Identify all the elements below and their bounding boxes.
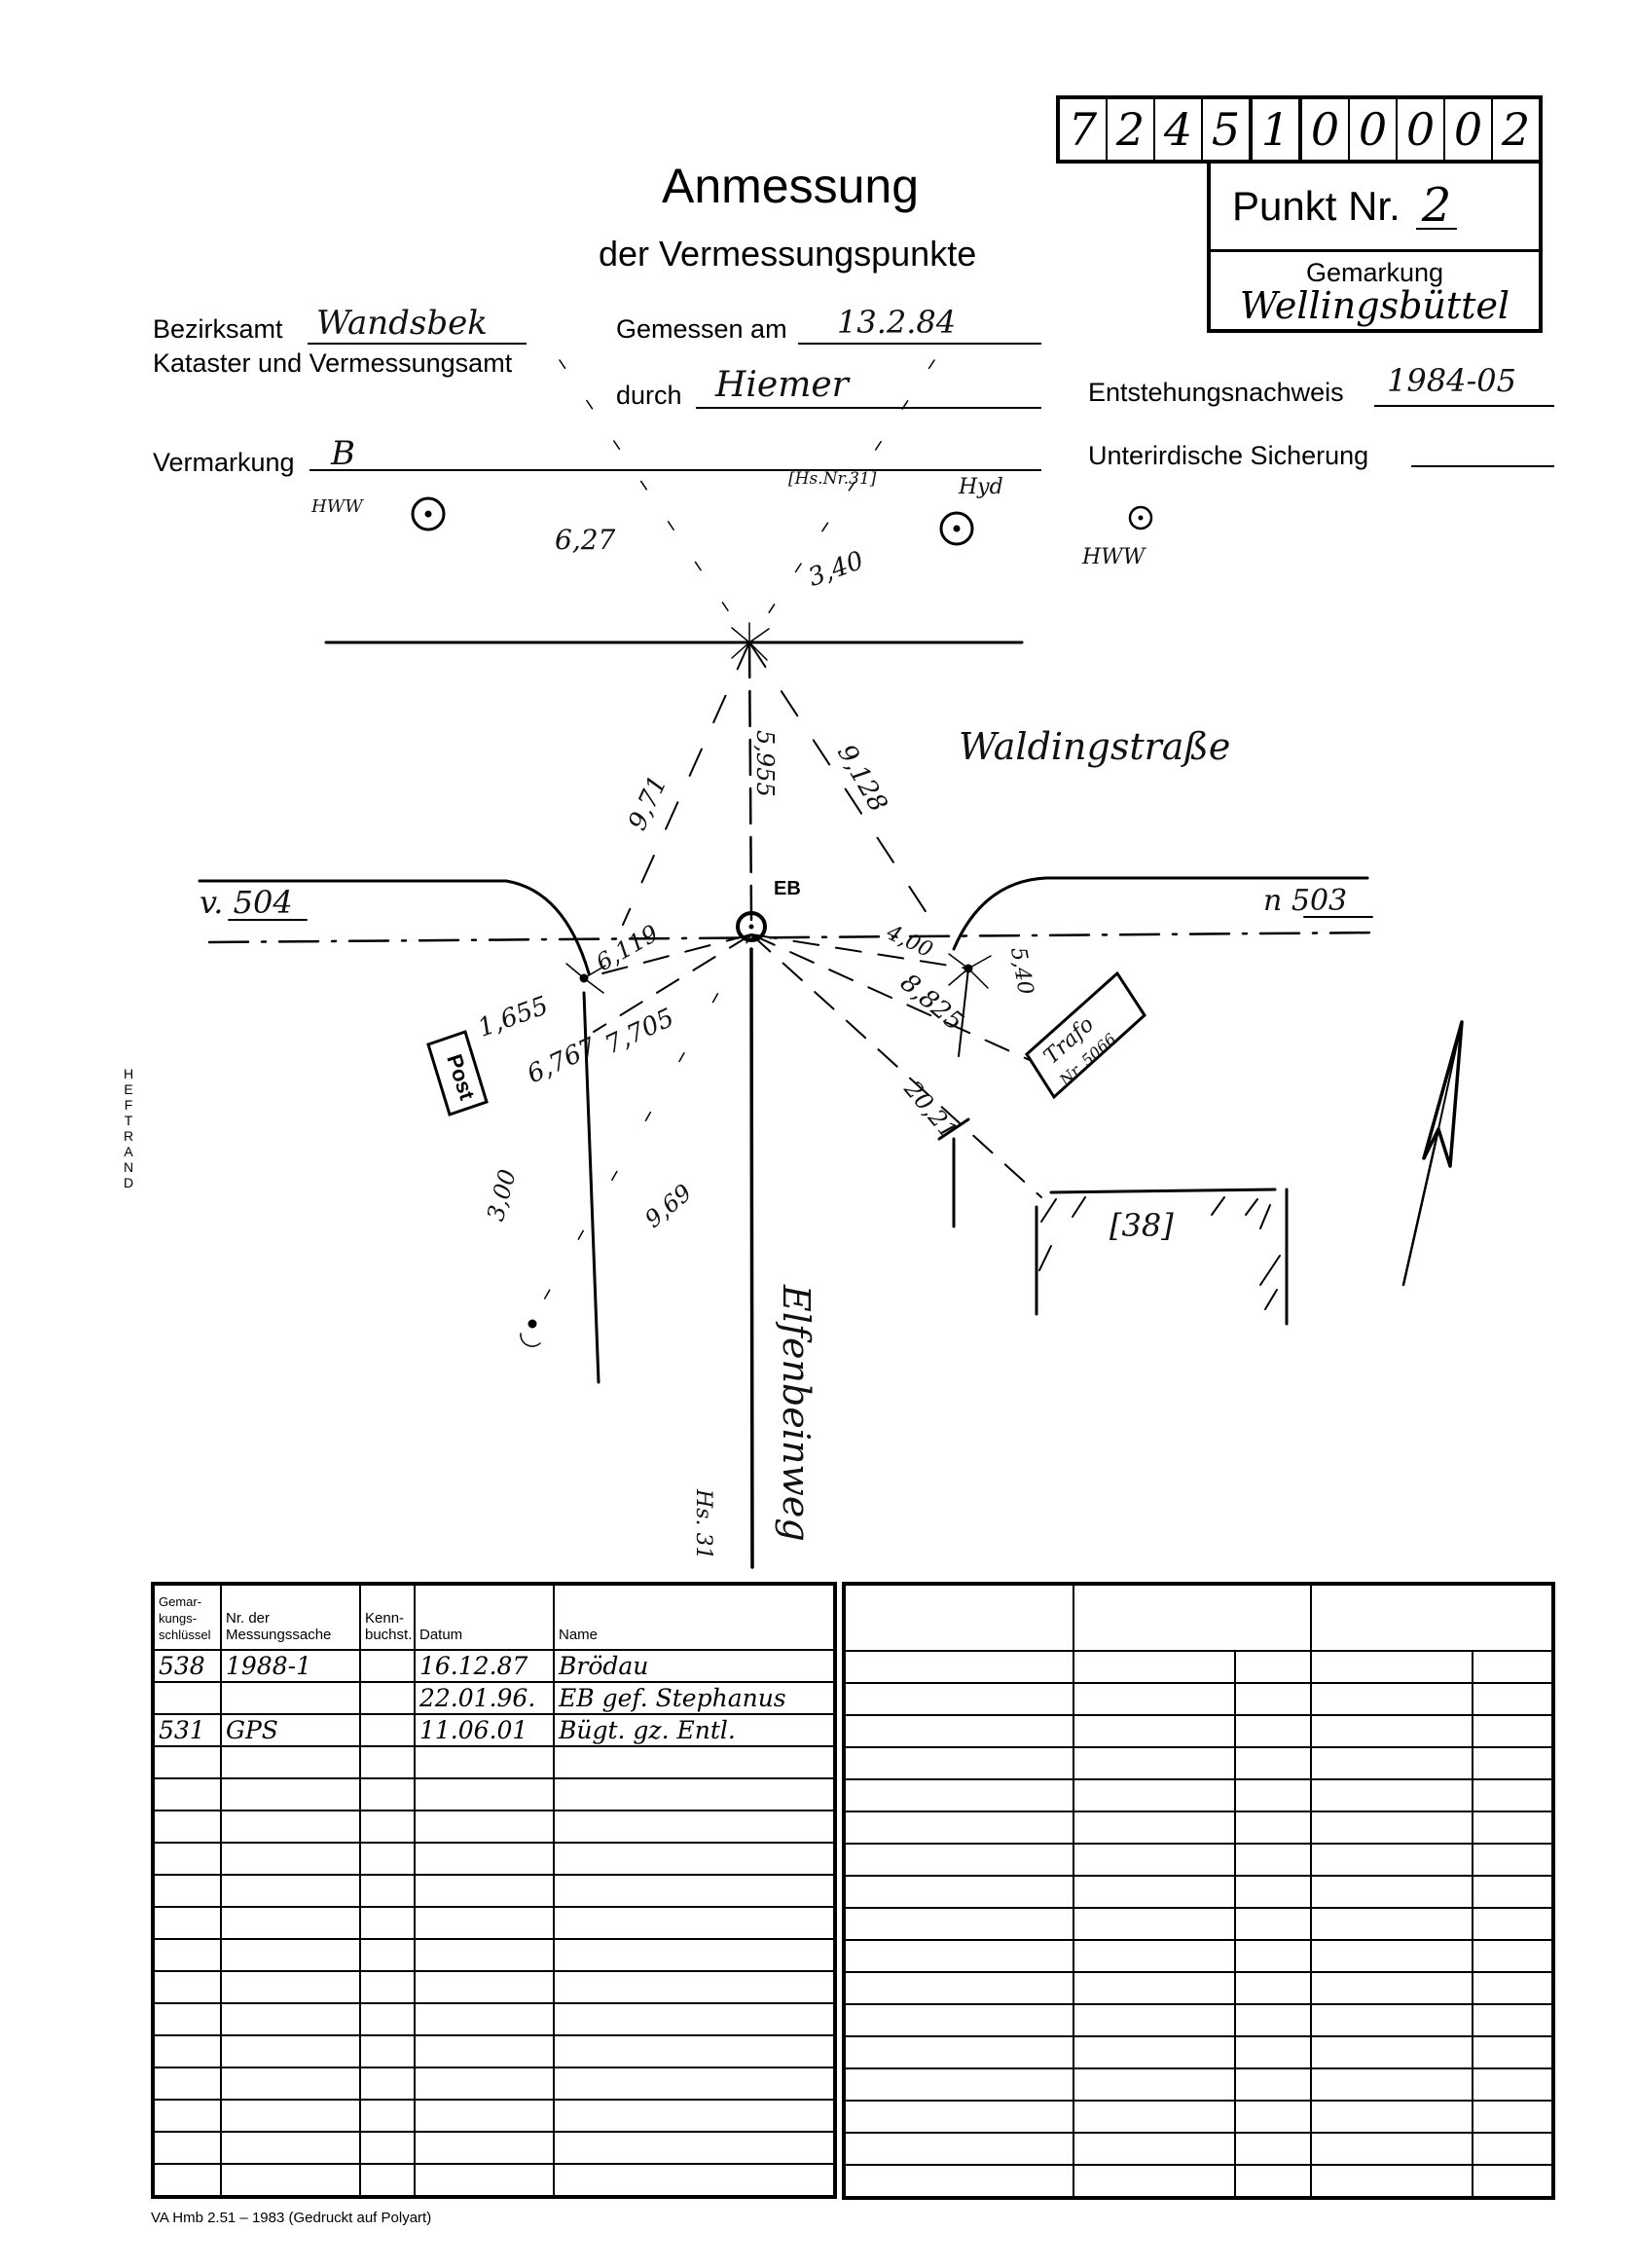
- table-cell[interactable]: [554, 2003, 835, 2035]
- blank-row: [844, 2133, 1553, 2165]
- blank-cell[interactable]: [1311, 2165, 1473, 2198]
- blank-cell[interactable]: [844, 1779, 1073, 1811]
- blank-cell[interactable]: [1073, 1876, 1235, 1908]
- blank-cell[interactable]: [1073, 1715, 1235, 1747]
- blank-cell[interactable]: [844, 1908, 1073, 1940]
- header-kennbuchstabe: Kenn- buchst.: [360, 1584, 415, 1650]
- blank-row: [844, 1715, 1553, 1747]
- table-row: [153, 1811, 835, 1843]
- blank-cell[interactable]: [1311, 1779, 1473, 1811]
- table-cell[interactable]: [360, 1875, 415, 1907]
- table-cell[interactable]: [153, 2067, 221, 2100]
- blank-cell[interactable]: [1073, 1908, 1235, 1940]
- table-cell[interactable]: [221, 1746, 360, 1778]
- blank-row: [844, 1683, 1553, 1715]
- table-cell[interactable]: [221, 1971, 360, 2003]
- blank-cell[interactable]: [1311, 1747, 1473, 1779]
- blank-cell[interactable]: [1073, 1683, 1235, 1715]
- table-row: [153, 1875, 835, 1907]
- table-cell[interactable]: [415, 2100, 554, 2132]
- table-cell[interactable]: [221, 1843, 360, 1875]
- blank-cell[interactable]: [1311, 1908, 1473, 1940]
- blank-cell[interactable]: [1311, 2101, 1473, 2133]
- blank-row: [844, 1972, 1553, 2004]
- blank-cell[interactable]: [1235, 2165, 1311, 2198]
- blank-cell[interactable]: [844, 1972, 1073, 2004]
- table-cell[interactable]: 11.06.01: [415, 1714, 554, 1746]
- blank-cell[interactable]: [1311, 1844, 1473, 1876]
- measure-top-left: 6,27: [555, 524, 615, 556]
- blank-cell[interactable]: [844, 1940, 1073, 1972]
- blank-cell[interactable]: [1235, 1972, 1311, 2004]
- table-cell[interactable]: [360, 1650, 415, 1682]
- blank-cell[interactable]: [844, 2068, 1073, 2101]
- table-cell[interactable]: [360, 2132, 415, 2164]
- blank-cell[interactable]: [1311, 2004, 1473, 2036]
- table-cell[interactable]: [415, 1811, 554, 1843]
- ref-right: n 503: [1263, 884, 1347, 918]
- table-cell[interactable]: [221, 2164, 360, 2197]
- table-row: [153, 1746, 835, 1778]
- table-cell[interactable]: [415, 1875, 554, 1907]
- blank-row: [844, 1908, 1553, 1940]
- table-cell[interactable]: [221, 1907, 360, 1939]
- blank-cell[interactable]: [1073, 1940, 1235, 1972]
- blank-record-table: [842, 1582, 1555, 2200]
- blank-row: [844, 1844, 1553, 1876]
- header-name: Name: [554, 1584, 835, 1650]
- form-footer-note: VA Hmb 2.51 – 1983 (Gedruckt auf Polyart…: [151, 2210, 431, 2226]
- blank-cell[interactable]: [1235, 2068, 1311, 2101]
- table-cell[interactable]: 16.12.87: [415, 1650, 554, 1682]
- blank-cell[interactable]: [844, 1683, 1073, 1715]
- hww-right: HWW: [1082, 545, 1145, 569]
- table-cell[interactable]: [153, 2003, 221, 2035]
- point-label: EB: [774, 878, 801, 900]
- table-row: [153, 1971, 835, 2003]
- blank-cell[interactable]: [844, 1651, 1073, 1683]
- blank-cell[interactable]: [844, 2165, 1073, 2198]
- table-cell[interactable]: [221, 1939, 360, 1971]
- table-cell[interactable]: [221, 2035, 360, 2067]
- blank-cell[interactable]: [1473, 2133, 1553, 2165]
- table-cell[interactable]: Brödau: [554, 1650, 835, 1682]
- table-row: [153, 2164, 835, 2197]
- table-row: [153, 1778, 835, 1811]
- table-cell[interactable]: [221, 2100, 360, 2132]
- table-row: 22.01.96.EB gef. Stephanus: [153, 1682, 835, 1714]
- table-cell[interactable]: [153, 1875, 221, 1907]
- blank-row: [844, 2101, 1553, 2133]
- blank-row: [844, 1651, 1553, 1683]
- blank-cell[interactable]: [1473, 2165, 1553, 2198]
- blank-header-cell: [1073, 1584, 1311, 1651]
- table-cell[interactable]: [221, 1875, 360, 1907]
- table-cell[interactable]: [415, 1778, 554, 1811]
- table-row: [153, 2035, 835, 2067]
- blank-row: [844, 2068, 1553, 2101]
- table-cell[interactable]: [554, 1875, 835, 1907]
- table-row: [153, 1907, 835, 1939]
- blank-cell[interactable]: [1473, 1651, 1553, 1683]
- table-cell[interactable]: [360, 1746, 415, 1778]
- blank-cell[interactable]: [1473, 2068, 1553, 2101]
- measurement-history-table: Gemar- kungs- schlüssel Nr. der Messungs…: [151, 1582, 837, 2199]
- blank-cell[interactable]: [1473, 1715, 1553, 1747]
- table-row: [153, 2100, 835, 2132]
- table-cell[interactable]: [360, 2003, 415, 2035]
- blank-cell[interactable]: [1235, 1908, 1311, 1940]
- blank-cell[interactable]: [844, 2036, 1073, 2068]
- table-cell[interactable]: Bügt. gz. Entl.: [554, 1714, 835, 1746]
- blank-cell[interactable]: [1473, 1940, 1553, 1972]
- table-cell[interactable]: [554, 1907, 835, 1939]
- blank-row: [844, 1779, 1553, 1811]
- blank-cell[interactable]: [1073, 1972, 1235, 2004]
- table-cell[interactable]: [360, 2100, 415, 2132]
- table-cell[interactable]: [554, 1746, 835, 1778]
- blank-row: [844, 2036, 1553, 2068]
- table-cell[interactable]: EB gef. Stephanus: [554, 1682, 835, 1714]
- blank-cell[interactable]: [1235, 1683, 1311, 1715]
- table-cell[interactable]: [153, 2035, 221, 2067]
- blank-cell[interactable]: [1235, 1715, 1311, 1747]
- blank-header-cell: [844, 1584, 1073, 1651]
- table-cell[interactable]: [153, 2164, 221, 2197]
- blank-row: [844, 1747, 1553, 1779]
- table-row: [153, 2003, 835, 2035]
- table-cell[interactable]: [153, 1907, 221, 1939]
- table-cell[interactable]: 1988-1: [221, 1650, 360, 1682]
- table-cell[interactable]: [360, 1907, 415, 1939]
- blank-cell[interactable]: [1473, 2004, 1553, 2036]
- table-cell[interactable]: [415, 1939, 554, 1971]
- blank-cell[interactable]: [1235, 2036, 1311, 2068]
- table-cell[interactable]: [554, 2067, 835, 2100]
- blank-cell[interactable]: [1311, 2133, 1473, 2165]
- blank-cell[interactable]: [1311, 1972, 1473, 2004]
- blank-cell[interactable]: [1473, 1908, 1553, 1940]
- blank-cell[interactable]: [1473, 2036, 1553, 2068]
- blank-cell[interactable]: [1473, 1972, 1553, 2004]
- blank-cell[interactable]: [844, 2133, 1073, 2165]
- blank-cell[interactable]: [844, 1715, 1073, 1747]
- header-datum: Datum: [415, 1584, 554, 1650]
- blank-cell[interactable]: [1311, 1651, 1473, 1683]
- blank-cell[interactable]: [1073, 1844, 1235, 1876]
- table-cell[interactable]: [153, 2100, 221, 2132]
- ref-left: v. 504: [200, 884, 293, 921]
- header-messungssache: Nr. der Messungssache: [221, 1584, 360, 1650]
- hww-left: HWW: [311, 496, 363, 517]
- blank-cell[interactable]: [1473, 1683, 1553, 1715]
- table-cell[interactable]: [153, 2132, 221, 2164]
- blank-header-cell: [1311, 1584, 1553, 1651]
- blank-cell[interactable]: [1235, 1940, 1311, 1972]
- blank-cell[interactable]: [1235, 2101, 1311, 2133]
- table-cell[interactable]: GPS: [221, 1714, 360, 1746]
- street-label-south: Elfenbeinweg: [775, 1285, 818, 1542]
- table-cell[interactable]: [360, 1714, 415, 1746]
- blank-cell[interactable]: [1073, 2004, 1235, 2036]
- table-cell[interactable]: [221, 1811, 360, 1843]
- house-number: [38]: [1110, 1207, 1174, 1244]
- blank-cell[interactable]: [1311, 1811, 1473, 1844]
- blank-cell[interactable]: [1073, 1747, 1235, 1779]
- table-cell[interactable]: [153, 1778, 221, 1811]
- blank-cell[interactable]: [1073, 1811, 1235, 1844]
- blank-cell[interactable]: [844, 1747, 1073, 1779]
- table-cell[interactable]: [415, 2132, 554, 2164]
- house-31-label: Hs. 31: [691, 1489, 715, 1559]
- table-cell[interactable]: [153, 1971, 221, 2003]
- table-cell[interactable]: [153, 1939, 221, 1971]
- blank-cell[interactable]: [1473, 1747, 1553, 1779]
- street-label-north: Waldingstraße: [959, 725, 1230, 768]
- table-row: [153, 1939, 835, 1971]
- table-row: [153, 2067, 835, 2100]
- table-cell[interactable]: [360, 2035, 415, 2067]
- blank-cell[interactable]: [844, 2004, 1073, 2036]
- header-gemarkungsschluessel: Gemar- kungs- schlüssel: [153, 1584, 221, 1650]
- table-cell[interactable]: [554, 1971, 835, 2003]
- table-cell[interactable]: [221, 2132, 360, 2164]
- table-cell[interactable]: [153, 1746, 221, 1778]
- table-row: [153, 1843, 835, 1875]
- table-cell[interactable]: [554, 1811, 835, 1843]
- table-cell[interactable]: [221, 1778, 360, 1811]
- table-cell[interactable]: [221, 2067, 360, 2100]
- table-row: 531GPS11.06.01Bügt. gz. Entl.: [153, 1714, 835, 1746]
- table-cell[interactable]: [360, 1682, 415, 1714]
- table-cell[interactable]: [554, 1843, 835, 1875]
- hydrant-ref: [Hs.Nr.31]: [788, 469, 876, 489]
- blank-row: [844, 2165, 1553, 2198]
- blank-cell[interactable]: [844, 1811, 1073, 1844]
- blank-cell[interactable]: [1311, 1683, 1473, 1715]
- table-cell[interactable]: [415, 1907, 554, 1939]
- blank-cell[interactable]: [1073, 2036, 1235, 2068]
- blank-row: [844, 2004, 1553, 2036]
- table-cell[interactable]: [360, 1778, 415, 1811]
- table-cell[interactable]: [360, 2067, 415, 2100]
- table-cell[interactable]: [360, 1939, 415, 1971]
- hyd-label: Hyd: [959, 475, 1003, 499]
- table-cell[interactable]: [360, 1971, 415, 2003]
- blank-row: [844, 1876, 1553, 1908]
- blank-cell[interactable]: [1311, 1876, 1473, 1908]
- table-cell[interactable]: [415, 1843, 554, 1875]
- blank-cell[interactable]: [1073, 2101, 1235, 2133]
- table-cell[interactable]: [360, 2164, 415, 2197]
- blank-cell[interactable]: [1311, 1940, 1473, 1972]
- table-cell[interactable]: [554, 2164, 835, 2197]
- blank-cell[interactable]: [1235, 1747, 1311, 1779]
- blank-cell[interactable]: [1073, 1651, 1235, 1683]
- blank-cell[interactable]: [1235, 2004, 1311, 2036]
- table-cell[interactable]: [360, 1811, 415, 1843]
- blank-cell[interactable]: [1073, 2068, 1235, 2101]
- blank-cell[interactable]: [1073, 2165, 1235, 2198]
- table-cell[interactable]: 538: [153, 1650, 221, 1682]
- blank-row: [844, 1940, 1553, 1972]
- table-row: 5381988-116.12.87Brödau: [153, 1650, 835, 1682]
- blank-cell[interactable]: [1311, 1715, 1473, 1747]
- blank-cell[interactable]: [1235, 1844, 1311, 1876]
- blank-cell[interactable]: [844, 2101, 1073, 2133]
- blank-cell[interactable]: [1311, 2068, 1473, 2101]
- blank-cell[interactable]: [1473, 1876, 1553, 1908]
- blank-cell[interactable]: [1073, 1779, 1235, 1811]
- table-cell[interactable]: [221, 2003, 360, 2035]
- table-cell[interactable]: [153, 1811, 221, 1843]
- blank-cell[interactable]: [1235, 1811, 1311, 1844]
- table-cell[interactable]: [554, 1939, 835, 1971]
- table-cell[interactable]: [554, 2132, 835, 2164]
- table-cell[interactable]: [415, 1746, 554, 1778]
- table-cell[interactable]: [415, 1971, 554, 2003]
- blank-cell[interactable]: [1235, 1876, 1311, 1908]
- survey-sketch: [0, 0, 1637, 1577]
- table-cell[interactable]: [554, 2100, 835, 2132]
- blank-cell[interactable]: [1473, 1779, 1553, 1811]
- heftrand-label: HEFTRAND: [122, 1066, 135, 1190]
- blank-cell[interactable]: [1473, 1844, 1553, 1876]
- table-row: [153, 2132, 835, 2164]
- table-cell[interactable]: [415, 2067, 554, 2100]
- table-cell[interactable]: [554, 2035, 835, 2067]
- blank-row: [844, 1811, 1553, 1844]
- blank-cell[interactable]: [1473, 1811, 1553, 1844]
- blank-cell[interactable]: [1311, 2036, 1473, 2068]
- blank-cell[interactable]: [1235, 1779, 1311, 1811]
- blank-cell[interactable]: [1235, 1651, 1311, 1683]
- blank-cell[interactable]: [1473, 2101, 1553, 2133]
- blank-cell[interactable]: [1235, 2133, 1311, 2165]
- table-cell[interactable]: [153, 1843, 221, 1875]
- table-cell[interactable]: [360, 1843, 415, 1875]
- table-cell[interactable]: [153, 1682, 221, 1714]
- measure-vertical: 5,955: [751, 730, 779, 797]
- table-cell[interactable]: 22.01.96.: [415, 1682, 554, 1714]
- table-cell[interactable]: [554, 1778, 835, 1811]
- table-cell[interactable]: [221, 1682, 360, 1714]
- table-cell[interactable]: 531: [153, 1714, 221, 1746]
- table-cell[interactable]: [415, 2035, 554, 2067]
- blank-cell[interactable]: [844, 1844, 1073, 1876]
- blank-cell[interactable]: [1073, 2133, 1235, 2165]
- table-cell[interactable]: [415, 2003, 554, 2035]
- table-cell[interactable]: [415, 2164, 554, 2197]
- blank-cell[interactable]: [844, 1876, 1073, 1908]
